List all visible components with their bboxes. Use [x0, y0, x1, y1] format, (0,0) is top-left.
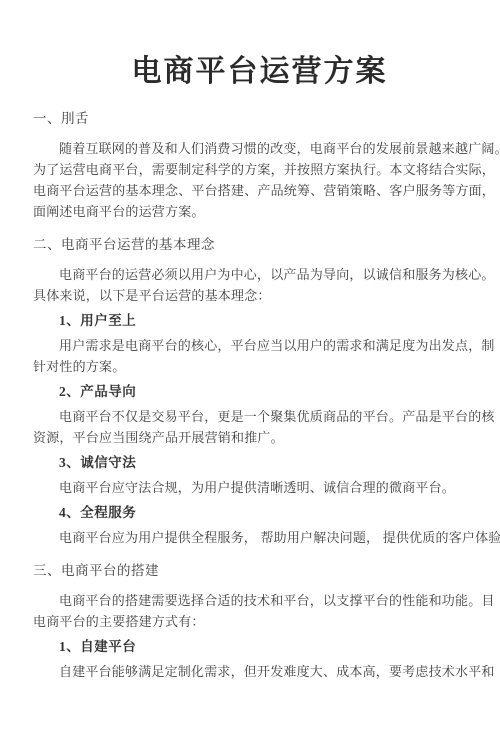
intro-paragraph: 随着互联网的普及和人们消费习惯的改变，电商平台的发展前景越来越广阔。 为了运营电… [33, 138, 486, 222]
paragraph-line: 电商平台的搭建需要选择合适的技术和平台，以支撑平台的性能和功能。目 前 [33, 590, 486, 611]
subsection-heading-self-built: 1、自建平台 [33, 636, 486, 657]
platform-building-paragraph: 电商平台的搭建需要选择合适的技术和平台，以支撑平台的性能和功能。目 前 电商平台… [33, 590, 486, 632]
section-heading-platform-building: 三、电商平台的搭建 [33, 560, 486, 581]
document-page: 电商平台运营方案 一、刖舌 随着互联网的普及和人们消费习惯的改变，电商平台的发展… [0, 0, 500, 747]
paragraph-line: 电商平台应为用户提供全程服务， 帮助用户解决问题， 提供优质的客户体验。 [33, 527, 486, 548]
paragraph-line: 资源，平台应当围绕产品开展营销和推广。 [33, 427, 486, 448]
paragraph-line: 电商平台的运营必须以用户为中心，以产品为导向，以诚信和服务为核心。 [33, 264, 486, 285]
product-oriented-paragraph: 电商平台不仅是交易平台，更是一个聚集优质商品的平台。产品是平台的核 心 资源，平… [33, 406, 486, 448]
paragraph-line: 面阐述电商平台的运营方案。 [33, 201, 486, 222]
paragraph-line: 电商平台的主要搭建方式有： [33, 611, 486, 632]
paragraph-line: 用户需求是电商平台的核心，平台应当以用户的需求和满足度为出发点，制 定 [33, 335, 486, 356]
paragraph-line: 随着互联网的普及和人们消费习惯的改变，电商平台的发展前景越来越广阔。 [33, 138, 486, 159]
full-service-paragraph: 电商平台应为用户提供全程服务， 帮助用户解决问题， 提供优质的客户体验。 [33, 527, 486, 548]
section-heading-foreword: 一、刖舌 [33, 108, 486, 129]
subsection-heading-full-service: 4、全程服务 [33, 502, 486, 523]
concepts-intro-paragraph: 电商平台的运营必须以用户为中心，以产品为导向，以诚信和服务为核心。 具体来说，以… [33, 264, 486, 306]
paragraph-line: 电商平台不仅是交易平台，更是一个聚集优质商品的平台。产品是平台的核 心 [33, 406, 486, 427]
paragraph-line: 电商平台应守法合规，为用户提供清晰透明、诚信合理的微商平台。 [33, 477, 486, 498]
integrity-paragraph: 电商平台应守法合规，为用户提供清晰透明、诚信合理的微商平台。 [33, 477, 486, 498]
subsection-heading-user-first: 1、用户至上 [33, 310, 486, 331]
paragraph-line: 具体来说，以下是平台运营的基本理念： [33, 285, 486, 306]
paragraph-line: 针对性的方案。 [33, 356, 486, 377]
paragraph-line: 自建平台能够满足定制化需求，但开发难度大、成本高，要考虑技术水平和 [33, 661, 486, 682]
document-title: 电商平台运营方案 [33, 52, 486, 92]
user-first-paragraph: 用户需求是电商平台的核心，平台应当以用户的需求和满足度为出发点，制 定 针对性的… [33, 335, 486, 377]
subsection-heading-product-oriented: 2、产品导向 [33, 381, 486, 402]
subsection-heading-integrity-compliance: 3、诚信守法 [33, 452, 486, 473]
self-built-paragraph: 自建平台能够满足定制化需求，但开发难度大、成本高，要考虑技术水平和 [33, 661, 486, 682]
paragraph-line: 电商平台运营的基本理念、平台搭建、产品统筹、营销策略、客户服务等方面， 全 [33, 180, 486, 201]
paragraph-line: 为了运营电商平台，需要制定科学的方案，并按照方案执行。本文将结合实际， 从 [33, 159, 486, 180]
section-heading-concepts: 二、电商平台运营的基本理念 [33, 234, 486, 255]
